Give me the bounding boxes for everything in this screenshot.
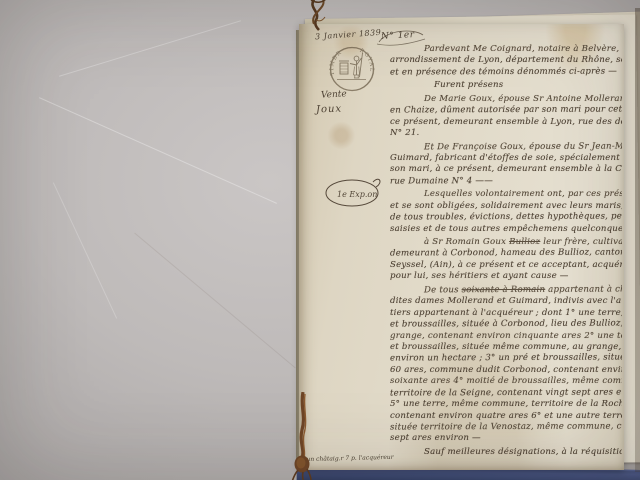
text-line: dites dames Mollerand et Guimard, indivi… — [390, 296, 622, 307]
manuscript-text: Pardevant Me Coignard, notaire à Belvère… — [390, 44, 622, 458]
background-scratch — [134, 233, 296, 369]
binding-twine — [284, 392, 324, 480]
text-line: pour lui, ses héritiers et ayant cause — — [390, 271, 622, 282]
binding-thread — [293, 0, 339, 36]
text-line: Seyssel, (Ain), à ce présent et ce accep… — [390, 260, 622, 271]
text-line: De tous soixante à Romain appartenant à … — [390, 284, 622, 296]
text-line: contenant environ quatre ares 6° et une … — [390, 411, 622, 422]
manuscript-page: 3 Janvier 1839. N° 1er TIMBRE ROYAL — [299, 24, 624, 470]
text-line: saisies et de tous autres empêchemens qu… — [390, 224, 622, 235]
background-scratch — [53, 182, 117, 318]
page-edge-shadow-right — [635, 8, 640, 472]
text-line: grange, contenant environ cinquante ares… — [390, 331, 622, 342]
text-line: Guimard, fabricant d'étoffes de soie, sp… — [390, 153, 622, 164]
stamp-figure-icon — [337, 53, 366, 80]
text-line: Pardevant Me Coignard, notaire à Belvère… — [390, 44, 622, 55]
text-line: De Marie Goux, épouse Sr Antoine Mollera… — [390, 94, 622, 105]
background-scratch — [59, 20, 241, 77]
text-line: territoire de la Seigne, contenant vingt… — [390, 387, 622, 399]
text-line: 5° une terre, même commune, territoire d… — [390, 399, 622, 410]
circled-note-text: 1e Exp.on — [337, 190, 377, 199]
margin-note-party-name: Joux — [316, 104, 342, 116]
text-line: 60 ares, commune dudit Corbonod, contena… — [390, 365, 622, 376]
text-line: en Chaize, dûment autorisée par son mari… — [390, 105, 622, 117]
text-line: environ un hectare ; 3° un pré et brouss… — [390, 353, 622, 365]
text-line: Sauf meilleures désignations, à la réqui… — [390, 447, 622, 458]
text-line: Et De Françoise Goux, épouse du Sr Jean-… — [390, 141, 622, 153]
revenue-stamp: TIMBRE ROYAL — [328, 45, 376, 93]
text-line: demeurant à Corbonod, hameau des Bullioz… — [390, 248, 622, 260]
circled-expedition-note: 1e Exp.on — [323, 173, 383, 213]
photo-background: 3 Janvier 1839. N° 1er TIMBRE ROYAL — [0, 0, 640, 480]
text-line: arrondissement de Lyon, département du R… — [390, 55, 622, 66]
stamp-text-left: TIMBRE — [328, 45, 343, 76]
text-line: tiers appartenant à l'acquéreur ; dont 1… — [390, 308, 622, 319]
text-line: de tous troubles, évictions, dettes hypo… — [390, 212, 622, 224]
background-scratch — [39, 97, 277, 204]
text-line: et broussailles, située à Corbonod, lieu… — [390, 319, 622, 331]
text-line: et en présence des témoins dénommés ci-a… — [390, 66, 622, 78]
text-line: Lesquelles volontairement ont, par ces p… — [390, 189, 622, 200]
text-line: et se sont obligées, solidairement avec … — [390, 201, 622, 212]
text-line: ce présent, demeurant ensemble à Lyon, r… — [390, 117, 622, 128]
act-number: N° 1er — [381, 30, 415, 42]
text-line: son mari, à ce présent, demeurant ensemb… — [390, 164, 622, 175]
text-line: sept ares environ — — [390, 433, 622, 444]
text-line: Furent présens — [390, 80, 622, 91]
text-line: située territoire de la Venostaz, même c… — [390, 421, 622, 433]
text-line: soixante ares 4° moitié de broussailles,… — [390, 376, 622, 387]
margin-note-act-type: Vente — [321, 89, 347, 100]
text-line: rue Dumaine N° 4 —— — [390, 175, 622, 187]
text-line: N° 21. — [390, 128, 622, 139]
